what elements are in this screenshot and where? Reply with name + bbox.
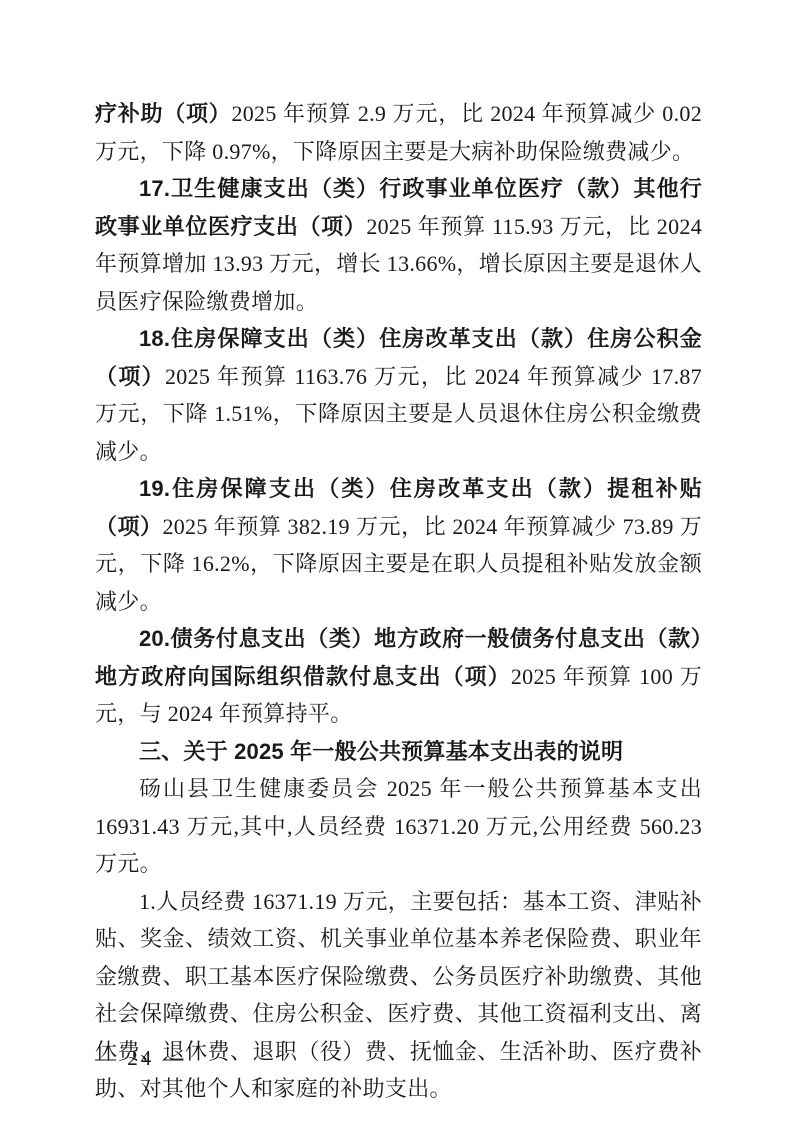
section-3-heading: 三、关于 2025 年一般公共预算基本支出表的说明 [95, 733, 702, 771]
document-body: 疗补助（项）2025 年预算 2.9 万元，比 2024 年预算减少 0.02 … [95, 95, 702, 1108]
paragraph-item20: 20.债务付息支出（类）地方政府一般债务付息支出（款）地方政府向国际组织借款付息… [95, 620, 702, 733]
paragraph-personnel-expense-detail: 1.人员经费 16371.19 万元，主要包括：基本工资、津贴补贴、奖金、绩效工… [95, 883, 702, 1108]
paragraph-item19: 19.住房保障支出（类）住房改革支出（款）提租补贴（项）2025 年预算 382… [95, 470, 702, 620]
paragraph-item17: 17.卫生健康支出（类）行政事业单位医疗（款）其他行政事业单位医疗支出（项）20… [95, 170, 702, 320]
item16-lead-bold: 疗补助（项） [95, 101, 231, 126]
paragraph-basic-expenditure-summary: 砀山县卫生健康委员会 2025 年一般公共预算基本支出 16931.43 万元,… [95, 770, 702, 883]
page-number: — 24 — [95, 1046, 187, 1070]
basic-expenditure-summary-text: 砀山县卫生健康委员会 2025 年一般公共预算基本支出 16931.43 万元,… [95, 776, 702, 876]
paragraph-item16-continuation: 疗补助（项）2025 年预算 2.9 万元，比 2024 年预算减少 0.02 … [95, 95, 702, 170]
paragraph-item18: 18.住房保障支出（类）住房改革支出（款）住房公积金（项）2025 年预算 11… [95, 320, 702, 470]
document-page: 疗补助（项）2025 年预算 2.9 万元，比 2024 年预算减少 0.02 … [0, 0, 793, 1122]
item19-body-text: 2025 年预算 382.19 万元，比 2024 年预算减少 73.89 万元… [95, 514, 702, 614]
section-3-heading-text: 三、关于 2025 年一般公共预算基本支出表的说明 [139, 739, 623, 764]
item18-body-text: 2025 年预算 1163.76 万元，比 2024 年预算减少 17.87 万… [95, 364, 702, 464]
